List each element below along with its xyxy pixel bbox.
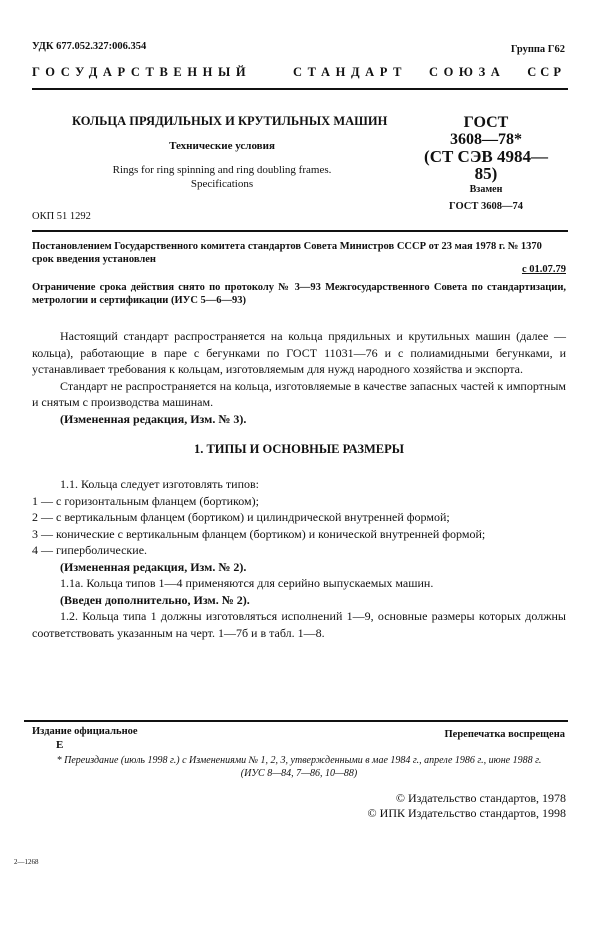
document-subtitle: Технические условия — [72, 140, 372, 152]
footer-divider — [24, 720, 568, 722]
banner-word: СОЮЗА — [429, 65, 505, 80]
clause-1-1: 1.1. Кольца следует изготовлять типов: — [32, 476, 566, 493]
copyright-line: © Издательство стандартов, 1978 — [368, 791, 566, 806]
amendment-note: (Введен дополнительно, Изм. № 2). — [32, 592, 566, 609]
intro-section: Настоящий стандарт распространяется на к… — [32, 328, 566, 427]
english-title-line: Rings for ring spinning and ring doublin… — [72, 163, 372, 177]
copyright-line: © ИПК Издательство стандартов, 1998 — [368, 806, 566, 821]
english-title: Rings for ring spinning and ring doublin… — [72, 163, 372, 191]
reprint-prohibited-label: Перепечатка воспрещена — [445, 729, 565, 740]
reissue-line: * Переиздание (июль 1998 г.) с Изменения… — [32, 754, 566, 767]
udk-code: УДК 677.052.327:006.354 — [32, 41, 146, 52]
effective-date: с 01.07.79 — [522, 264, 566, 275]
replaces-label: Взамен — [416, 181, 556, 198]
state-standard-banner: ГОСУДАРСТВЕННЫЙ СТАНДАРТ СОЮЗА ССР — [32, 65, 565, 80]
replaces-block: Взамен ГОСТ 3608—74 — [416, 181, 556, 215]
gost-number: 3608—78* — [416, 131, 556, 148]
banner-word: ГОСУДАРСТВЕННЫЙ — [32, 65, 251, 80]
gost-cmea-number: (СТ СЭВ 4984—85) — [416, 148, 556, 182]
replaces-value: ГОСТ 3608—74 — [416, 198, 556, 215]
clause-1-2: 1.2. Кольца типа 1 должны изготовляться … — [32, 608, 566, 641]
english-title-line: Specifications — [72, 177, 372, 191]
print-code: 2—1268 — [14, 858, 39, 866]
decree-text: Постановлением Государственного комитета… — [32, 240, 566, 266]
amendment-note: (Измененная редакция, Изм. № 3). — [32, 411, 566, 428]
reissue-note: * Переиздание (июль 1998 г.) с Изменения… — [32, 754, 566, 780]
copyright-block: © Издательство стандартов, 1978 © ИПК Из… — [368, 791, 566, 821]
type-item: 4 — гиперболические. — [32, 542, 566, 559]
banner-word: ССР — [527, 65, 565, 80]
gost-designation: ГОСТ 3608—78* (СТ СЭВ 4984—85) — [416, 114, 556, 182]
okp-code: ОКП 51 1292 — [32, 211, 91, 222]
type-item: 3 — конические с вертикальным фланцем (б… — [32, 526, 566, 543]
document-title: КОЛЬЦА ПРЯДИЛЬНЫХ И КРУТИЛЬНЫХ МАШИН — [72, 114, 372, 129]
clause-1-1a: 1.1а. Кольца типов 1—4 применяются для с… — [32, 575, 566, 592]
section-1-body: 1.1. Кольца следует изготовлять типов: 1… — [32, 476, 566, 641]
header-divider — [32, 88, 568, 90]
edition-letter: Е — [56, 739, 63, 751]
intro-paragraph: Настоящий стандарт распространяется на к… — [32, 328, 566, 378]
gost-label: ГОСТ — [416, 114, 556, 131]
reissue-line: (ИУС 8—84, 7—86, 10—88) — [32, 767, 566, 780]
limitation-text: Ограничение срока действия снято по прот… — [32, 281, 566, 307]
type-item: 1 — с горизонтальным фланцем (бортиком); — [32, 493, 566, 510]
banner-word: СТАНДАРТ — [293, 65, 407, 80]
intro-paragraph: Стандарт не распространяется на кольца, … — [32, 378, 566, 411]
title-divider — [32, 230, 568, 232]
type-item: 2 — с вертикальным фланцем (бортиком) и … — [32, 509, 566, 526]
group-code: Группа Г62 — [511, 44, 565, 55]
official-edition-label: Издание официальное — [32, 724, 138, 739]
section-heading: 1. ТИПЫ И ОСНОВНЫЕ РАЗМЕРЫ — [32, 442, 566, 457]
amendment-note: (Измененная редакция, Изм. № 2). — [32, 559, 566, 576]
